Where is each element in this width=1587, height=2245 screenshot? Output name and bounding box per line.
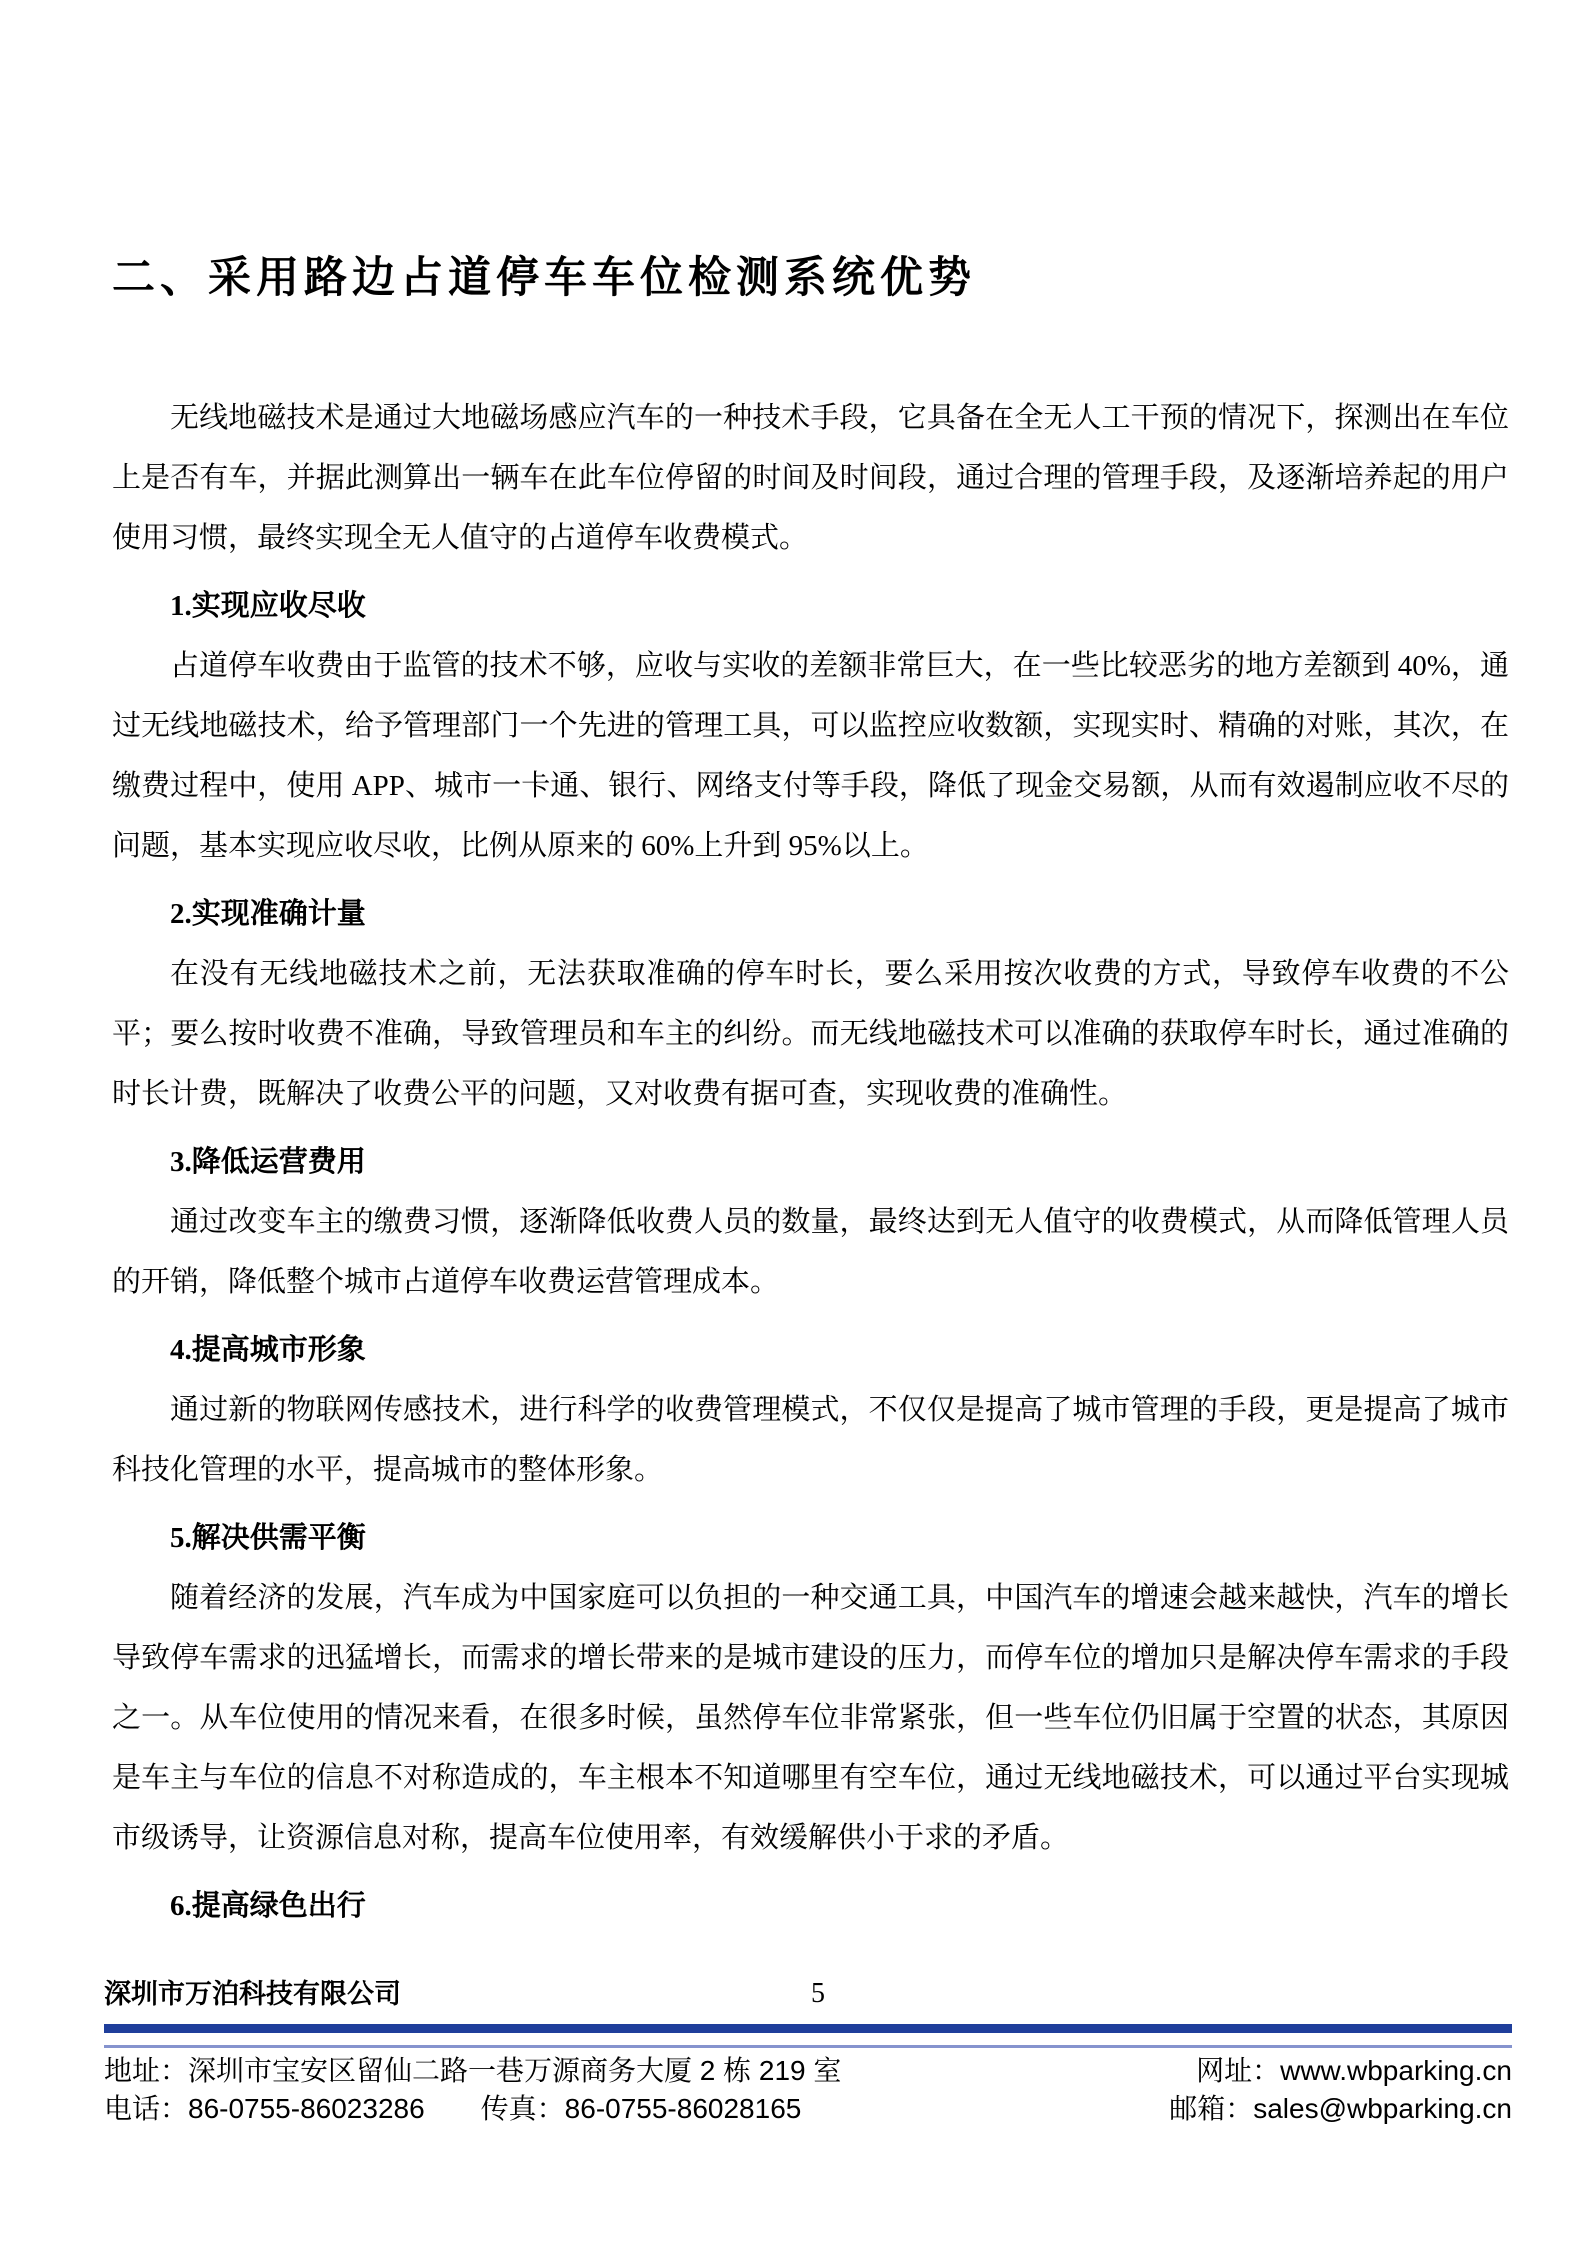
subheading-5: 5.解决供需平衡	[112, 1508, 1509, 1568]
document-page: 二、采用路边占道停车车位检测系统优势 无线地磁技术是通过大地磁场感应汽车的一种技…	[0, 0, 1587, 2245]
paragraph-2: 在没有无线地磁技术之前，无法获取准确的停车时长，要么采用按次收费的方式，导致停车…	[112, 944, 1509, 1124]
footer-meta-row: 深圳市万泊科技有限公司 5	[104, 1978, 1512, 2010]
paragraph-1: 占道停车收费由于监管的技术不够，应收与实收的差额非常巨大，在一些比较恶劣的地方差…	[112, 636, 1509, 876]
footer-phone-fax: 电话：86-0755-86023286传真：86-0755-86028165	[104, 2090, 801, 2128]
paragraph-intro: 无线地磁技术是通过大地磁场感应汽车的一种技术手段，它具备在全无人工干预的情况下，…	[112, 388, 1509, 568]
footer-phone: 电话：86-0755-86023286	[104, 2093, 425, 2124]
subheading-3: 3.降低运营费用	[112, 1132, 1509, 1192]
section-title: 二、采用路边占道停车车位检测系统优势	[112, 252, 1509, 306]
subheading-4: 4.提高城市形象	[112, 1320, 1509, 1380]
footer-contact: 地址：深圳市宝安区留仙二路一巷万源商务大厦 2 栋 219 室 网址：www.w…	[104, 2052, 1512, 2128]
footer-email: 邮箱：sales@wbparking.cn	[1169, 2090, 1512, 2128]
contact-row-2: 电话：86-0755-86023286传真：86-0755-86028165 邮…	[104, 2090, 1512, 2128]
footer-divider-thick	[104, 2024, 1512, 2033]
paragraph-5: 随着经济的发展，汽车成为中国家庭可以负担的一种交通工具，中国汽车的增速会越来越快…	[112, 1568, 1509, 1868]
subheading-6: 6.提高绿色出行	[112, 1876, 1509, 1936]
paragraph-4: 通过新的物联网传感技术，进行科学的收费管理模式，不仅仅是提高了城市管理的手段，更…	[112, 1380, 1509, 1500]
footer-address: 地址：深圳市宝安区留仙二路一巷万源商务大厦 2 栋 219 室	[104, 2052, 841, 2090]
footer-fax: 传真：86-0755-86028165	[481, 2093, 802, 2124]
contact-row-1: 地址：深圳市宝安区留仙二路一巷万源商务大厦 2 栋 219 室 网址：www.w…	[104, 2052, 1512, 2090]
subheading-2: 2.实现准确计量	[112, 884, 1509, 944]
paragraph-3: 通过改变车主的缴费习惯，逐渐降低收费人员的数量，最终达到无人值守的收费模式，从而…	[112, 1192, 1509, 1312]
page-number: 5	[104, 1978, 1512, 2010]
footer-website: 网址：www.wbparking.cn	[1196, 2052, 1512, 2090]
footer-divider-thin	[104, 2045, 1512, 2048]
subheading-1: 1.实现应收尽收	[112, 576, 1509, 636]
page-footer: 深圳市万泊科技有限公司 5 地址：深圳市宝安区留仙二路一巷万源商务大厦 2 栋 …	[104, 1978, 1512, 2128]
document-body: 二、采用路边占道停车车位检测系统优势 无线地磁技术是通过大地磁场感应汽车的一种技…	[112, 252, 1509, 1936]
